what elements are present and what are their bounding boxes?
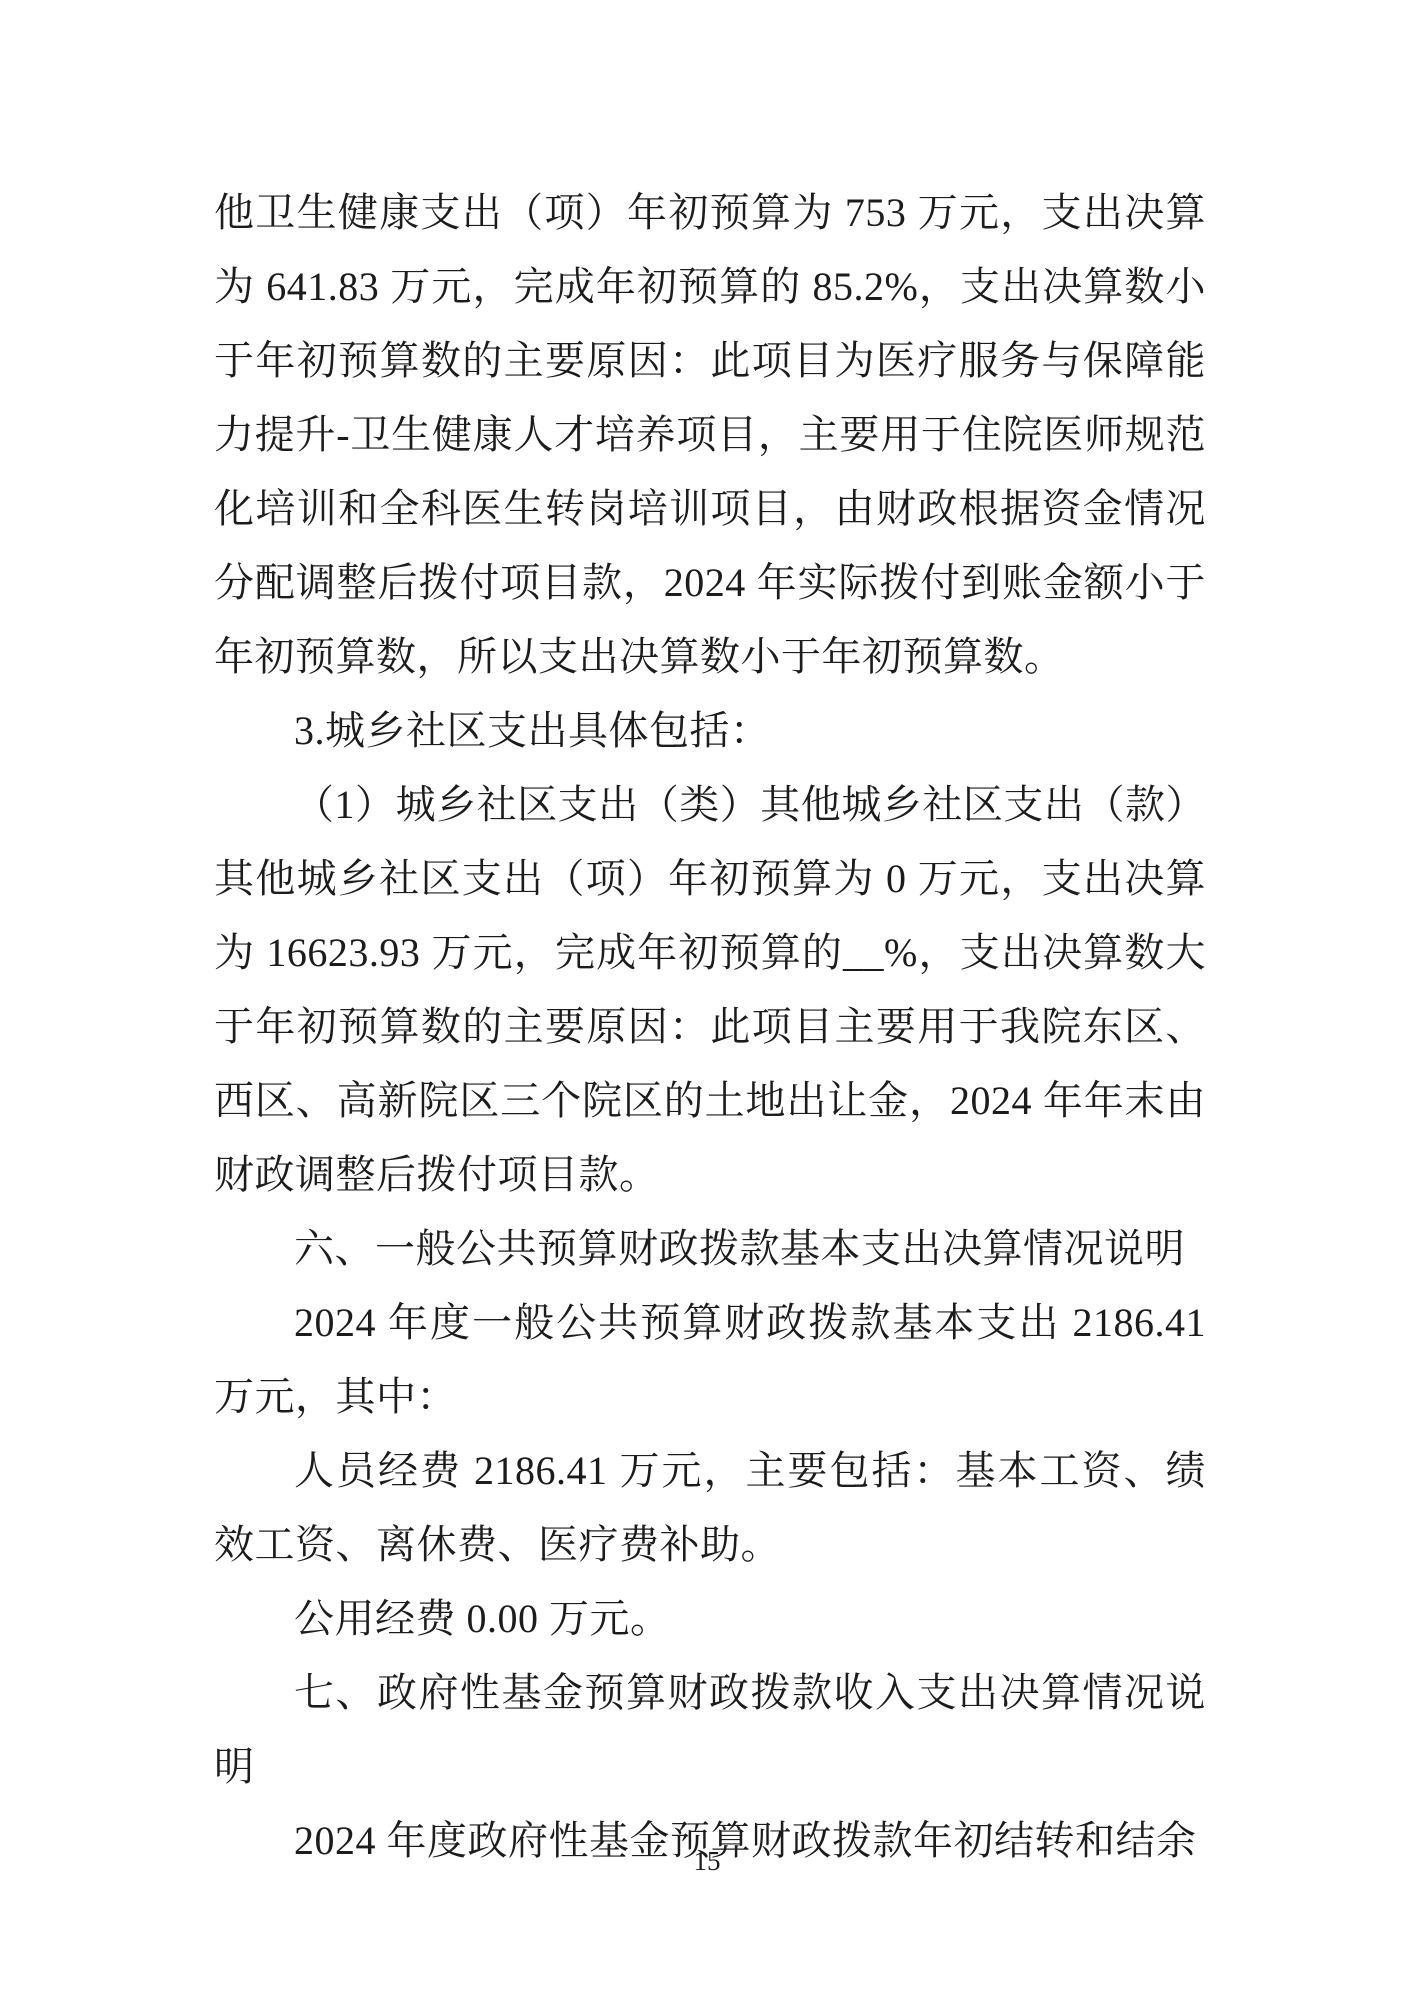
- document-page: 他卫生健康支出（项）年初预算为 753 万元，支出决算为 641.83 万元，完…: [0, 0, 1414, 2000]
- paragraph-basic-expenditure-total: 2024 年度一般公共预算财政拨款基本支出 2186.41 万元，其中：: [214, 1286, 1206, 1434]
- paragraph-personnel-funds: 人员经费 2186.41 万元，主要包括：基本工资、绩效工资、离休费、医疗费补助…: [214, 1434, 1206, 1582]
- paragraph-public-funds: 公用经费 0.00 万元。: [214, 1582, 1206, 1656]
- section-heading-six: 六、一般公共预算财政拨款基本支出决算情况说明: [214, 1212, 1206, 1286]
- page-number: 15: [0, 1845, 1414, 1877]
- paragraph-urban-rural-community-intro: 3.城乡社区支出具体包括：: [214, 694, 1206, 768]
- paragraph-other-health-expenditure: 他卫生健康支出（项）年初预算为 753 万元，支出决算为 641.83 万元，完…: [214, 176, 1206, 694]
- section-heading-seven: 七、政府性基金预算财政拨款收入支出决算情况说明: [214, 1656, 1206, 1804]
- document-body: 他卫生健康支出（项）年初预算为 753 万元，支出决算为 641.83 万元，完…: [214, 176, 1206, 1878]
- paragraph-urban-rural-community-detail: （1）城乡社区支出（类）其他城乡社区支出（款）其他城乡社区支出（项）年初预算为 …: [214, 768, 1206, 1212]
